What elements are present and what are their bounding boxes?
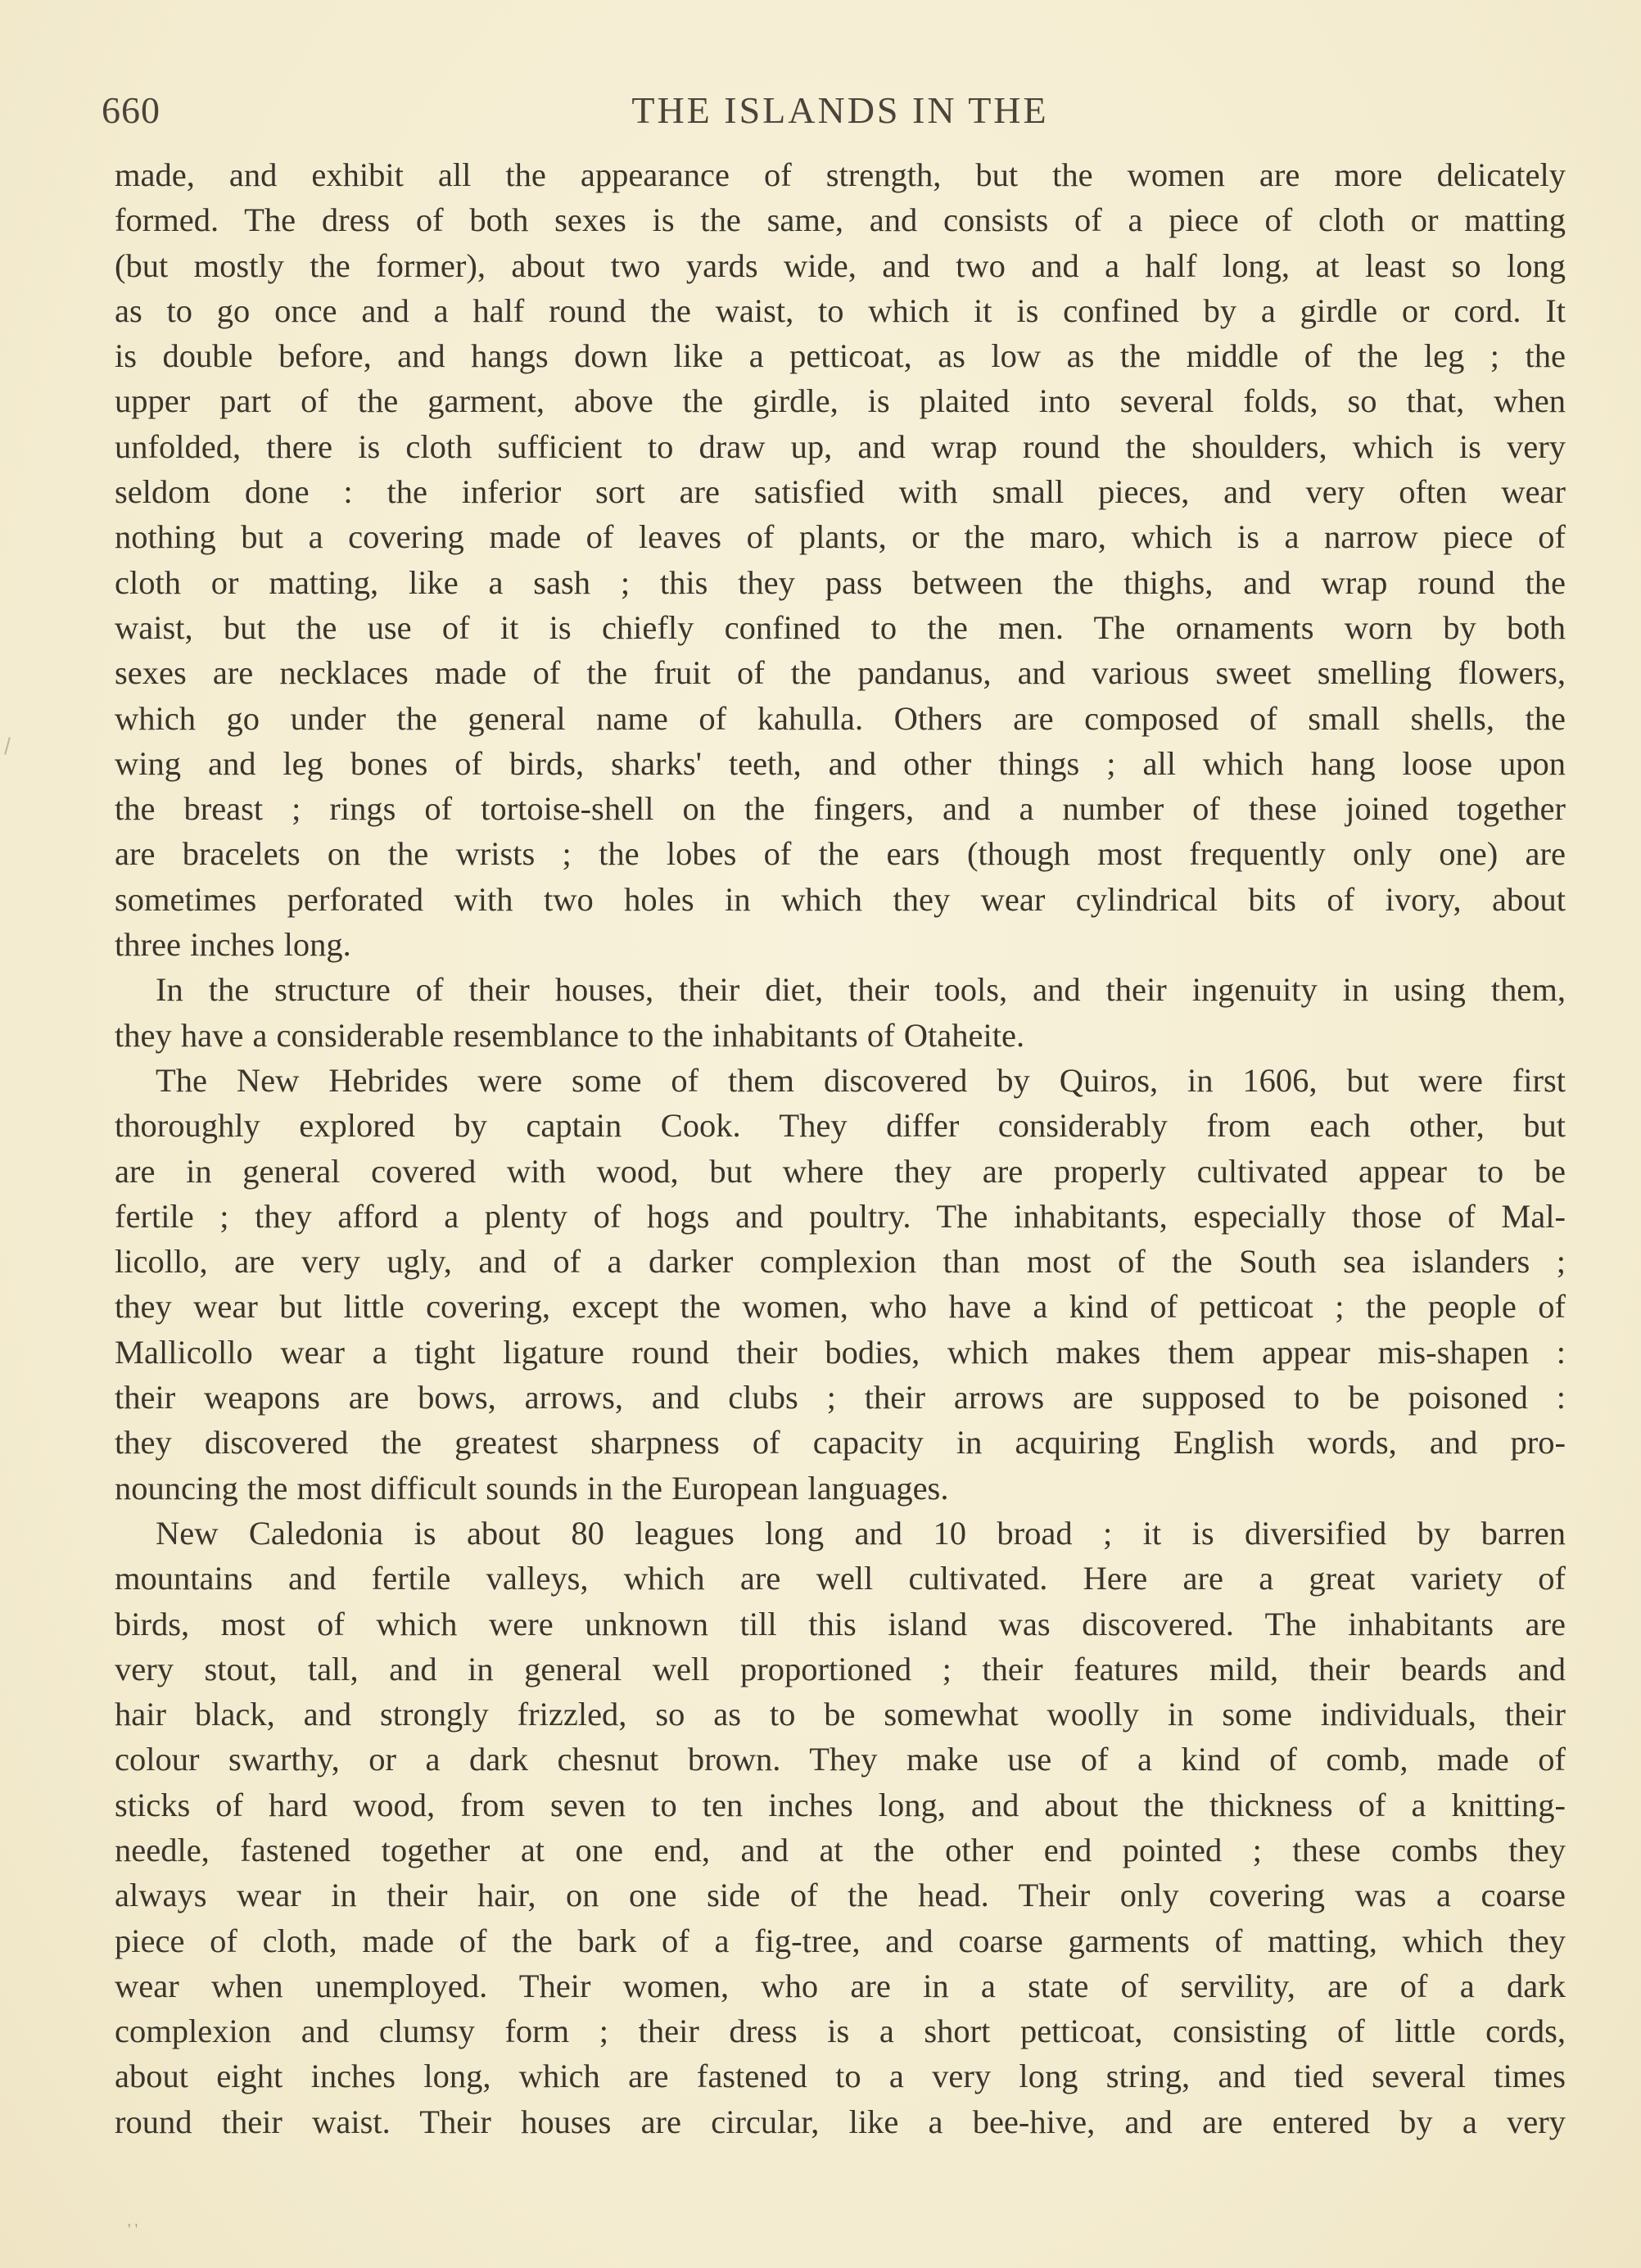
text-line: nothing but a covering made of leaves of…: [115, 514, 1566, 559]
text-line: sexes are necklaces made of the fruit of…: [115, 650, 1566, 695]
text-line: birds, most of which were unknown till t…: [115, 1602, 1566, 1647]
text-line: wear when unemployed. Their women, who a…: [115, 1963, 1566, 2008]
body-text: made, and exhibit all the appearance of …: [115, 152, 1566, 2144]
text-line: three inches long.: [115, 922, 1566, 967]
text-line: Mallicollo wear a tight ligature round t…: [115, 1330, 1566, 1375]
text-line: needle, fastened together at one end, an…: [115, 1828, 1566, 1873]
text-line: New Caledonia is about 80 leagues long a…: [115, 1511, 1566, 1556]
text-line: unfolded, there is cloth sufficient to d…: [115, 424, 1566, 469]
text-line: are in general covered with wood, but wh…: [115, 1149, 1566, 1194]
running-head: 660 THE ISLANDS IN THE: [115, 88, 1566, 138]
text-line: wing and leg bones of birds, sharks' tee…: [115, 741, 1566, 786]
text-line: mountains and fertile valleys, which are…: [115, 1556, 1566, 1601]
text-line: complexion and clumsy form ; their dress…: [115, 2008, 1566, 2053]
page-number: 660: [102, 88, 160, 132]
text-line: upper part of the garment, above the gir…: [115, 378, 1566, 423]
text-line: piece of cloth, made of the bark of a fi…: [115, 1918, 1566, 1963]
book-page: 660 THE ISLANDS IN THE made, and exhibit…: [0, 0, 1641, 2268]
text-line: about eight inches long, which are faste…: [115, 2053, 1566, 2099]
text-line: The New Hebrides were some of them disco…: [115, 1058, 1566, 1103]
text-line: cloth or matting, like a sash ; this the…: [115, 560, 1566, 605]
text-line: round their waist. Their houses are circ…: [115, 2099, 1566, 2144]
margin-mark: [4, 737, 11, 755]
text-line: sticks of hard wood, from seven to ten i…: [115, 1782, 1566, 1828]
text-line: hair black, and strongly frizzled, so as…: [115, 1692, 1566, 1737]
text-line: thoroughly explored by captain Cook. The…: [115, 1103, 1566, 1148]
text-line: (but mostly the former), about two yards…: [115, 243, 1566, 288]
text-line: waist, but the use of it is chiefly conf…: [115, 605, 1566, 650]
text-line: are bracelets on the wrists ; the lobes …: [115, 831, 1566, 876]
text-line: the breast ; rings of tortoise-shell on …: [115, 786, 1566, 831]
text-line: seldom done : the inferior sort are sati…: [115, 469, 1566, 514]
text-line: sometimes perforated with two holes in w…: [115, 877, 1566, 922]
stray-marks: ' ': [128, 2221, 138, 2239]
text-line: In the structure of their houses, their …: [115, 967, 1566, 1012]
text-line: is double before, and hangs down like a …: [115, 333, 1566, 378]
text-line: always wear in their hair, on one side o…: [115, 1873, 1566, 1918]
text-line: very stout, tall, and in general well pr…: [115, 1647, 1566, 1692]
text-line: nouncing the most difficult sounds in th…: [115, 1466, 1566, 1511]
text-line: formed. The dress of both sexes is the s…: [115, 197, 1566, 242]
running-title: THE ISLANDS IN THE: [606, 88, 1074, 132]
text-line: they discovered the greatest sharpness o…: [115, 1420, 1566, 1465]
text-line: made, and exhibit all the appearance of …: [115, 152, 1566, 197]
text-line: they have a considerable resemblance to …: [115, 1013, 1566, 1058]
text-line: they wear but little covering, except th…: [115, 1284, 1566, 1329]
text-line: licollo, are very ugly, and of a darker …: [115, 1239, 1566, 1284]
text-line: which go under the general name of kahul…: [115, 696, 1566, 741]
text-line: colour swarthy, or a dark chesnut brown.…: [115, 1737, 1566, 1782]
text-line: their weapons are bows, arrows, and club…: [115, 1375, 1566, 1420]
text-line: as to go once and a half round the waist…: [115, 288, 1566, 333]
text-line: fertile ; they afford a plenty of hogs a…: [115, 1194, 1566, 1239]
